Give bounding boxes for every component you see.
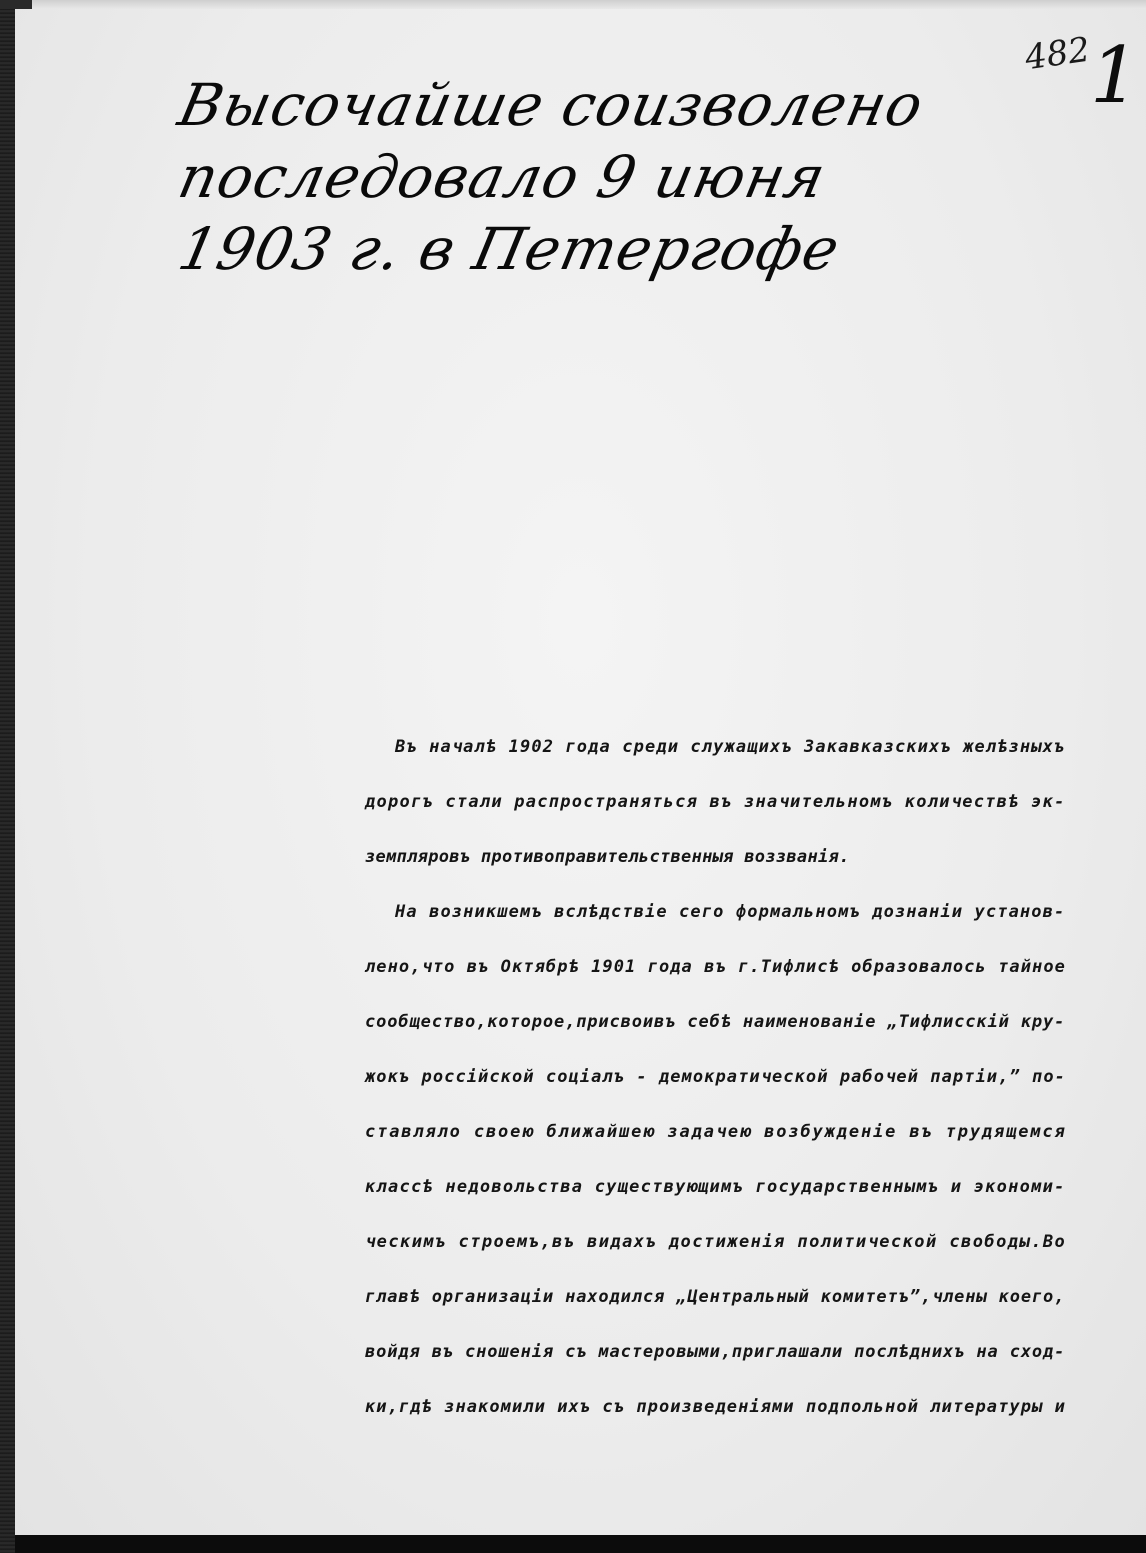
handwritten-line: 1903 г. в Петергофе [172,213,1067,285]
handwritten-resolution: Высочайше соизволено последовало 9 июня … [180,69,1060,285]
text-line: жокъ россійской соціалъ - демократическо… [365,1067,1066,1087]
handwritten-line: Высочайше соизволено [172,69,1067,141]
text-line: На возникшемъ вслѣдствіе сего формальном… [395,902,1065,922]
text-line: дорогъ стали распространяться въ значите… [365,792,1066,812]
text-line: ки,гдѣ знакомили ихъ съ произведеніями п… [365,1397,1066,1417]
handwritten-line: последовало 9 июня [172,141,1067,213]
text-line: ставляло своею ближайшею задачею возбужд… [365,1122,1067,1142]
text-line: классѣ недовольства существующимъ госуда… [365,1177,1066,1197]
text-line: земпляровъ противоправительственныя возз… [365,847,850,867]
top-page-edge [0,0,1146,9]
text-line: Въ началѣ 1902 года среди служащихъ Зака… [395,737,1065,757]
sheet-number-annotation: 1 [1090,37,1140,115]
text-line: сообщество,которое,присвоивъ себѣ наимен… [365,1012,1065,1032]
book-binding-edge [0,0,15,1553]
document-page: 482 1 Высочайше соизволено последовало 9… [15,9,1146,1535]
text-line: войдя въ сношенія съ мастеровыми,приглаш… [365,1342,1065,1362]
text-line: лено,что въ Октябрѣ 1901 года въ г.Тифли… [365,957,1066,977]
text-line: главѣ организаціи находился „Центральный… [365,1287,1065,1307]
text-line: ческимъ строемъ,въ видахъ достиженія пол… [365,1232,1066,1252]
